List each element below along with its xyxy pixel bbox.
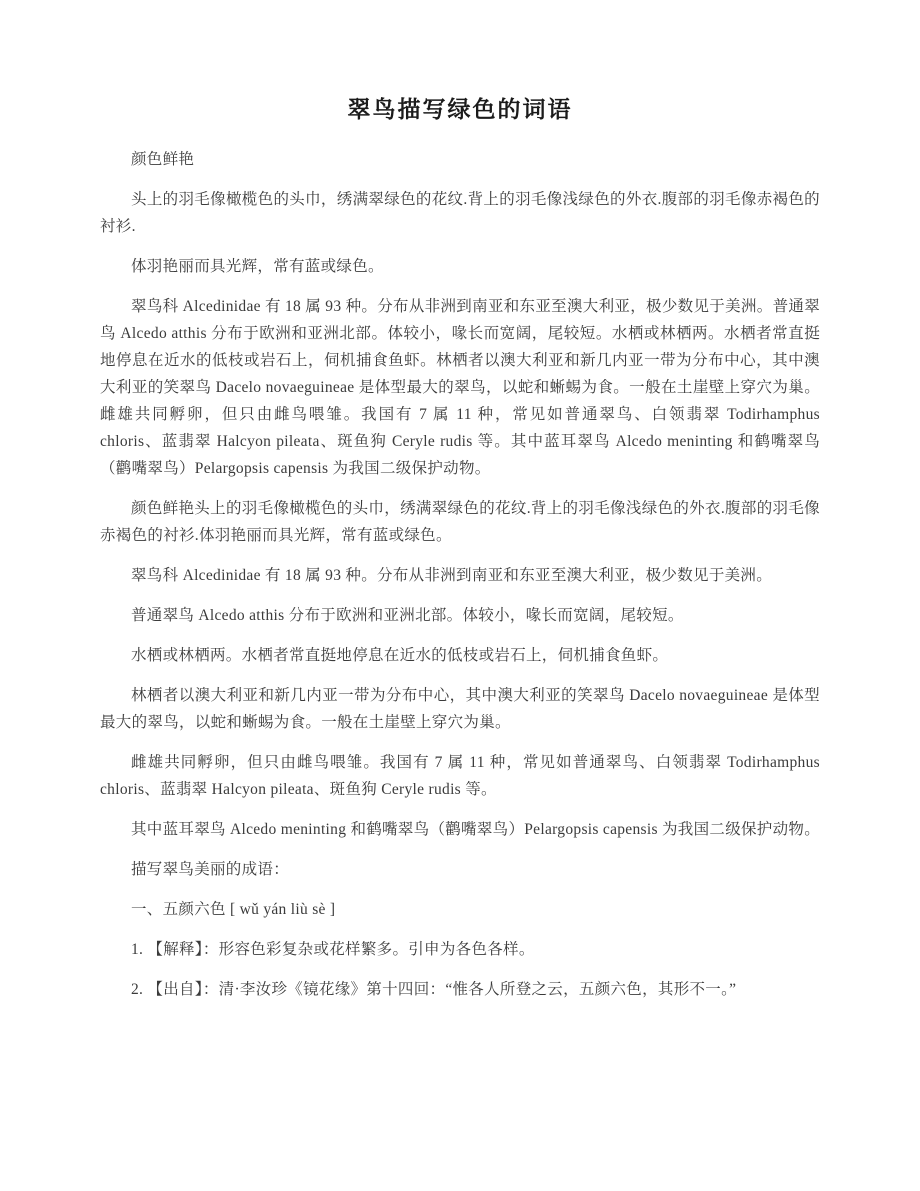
paragraph-breeding-species: 雌雄共同孵卵，但只由雌鸟喂雏。我国有 7 属 11 种，常见如普通翠鸟、白领翡翠… xyxy=(100,749,820,803)
paragraph-protected-species: 其中蓝耳翠鸟 Alcedo meninting 和鹤嘴翠鸟（鹳嘴翠鸟）Pelar… xyxy=(100,816,820,843)
paragraph-habitat: 水栖或林栖两。水栖者常直挺地停息在近水的低枝或岩石上，伺机捕食鱼虾。 xyxy=(100,642,820,669)
paragraph-distribution: 翠鸟科 Alcedinidae 有 18 属 93 种。分布从非洲到南亚和东亚至… xyxy=(100,562,820,589)
paragraph-feather-description: 头上的羽毛像橄榄色的头巾，绣满翠绿色的花纹.背上的羽毛像浅绿色的外衣.腹部的羽毛… xyxy=(100,186,820,240)
paragraph-forest-dwellers: 林栖者以澳大利亚和新几内亚一带为分布中心，其中澳大利亚的笑翠鸟 Dacelo n… xyxy=(100,682,820,736)
paragraph-idiom-entry: 一、五颜六色 [ wǔ yán liù sè ] xyxy=(100,896,820,923)
paragraph-idiom-section-heading: 描写翠鸟美丽的成语： xyxy=(100,856,820,883)
document-page: 翠鸟描写绿色的词语 颜色鲜艳 头上的羽毛像橄榄色的头巾，绣满翠绿色的花纹.背上的… xyxy=(0,0,920,1191)
paragraph-idiom-source: 2. 【出自】：清·李汝珍《镜花缘》第十四回：“惟各人所登之云，五颜六色，其形不… xyxy=(100,976,820,1003)
page-title: 翠鸟描写绿色的词语 xyxy=(100,94,820,124)
paragraph-plumage-sheen: 体羽艳丽而具光辉，常有蓝或绿色。 xyxy=(100,253,820,280)
paragraph-alcedinidae-overview: 翠鸟科 Alcedinidae 有 18 属 93 种。分布从非洲到南亚和东亚至… xyxy=(100,293,820,482)
document-body: 颜色鲜艳 头上的羽毛像橄榄色的头巾，绣满翠绿色的花纹.背上的羽毛像浅绿色的外衣.… xyxy=(100,146,820,1003)
paragraph-idiom-definition: 1. 【解释】：形容色彩复杂或花样繁多。引申为各色各样。 xyxy=(100,936,820,963)
paragraph-color-heading: 颜色鲜艳 xyxy=(100,146,820,173)
paragraph-color-description-repeat: 颜色鲜艳头上的羽毛像橄榄色的头巾，绣满翠绿色的花纹.背上的羽毛像浅绿色的外衣.腹… xyxy=(100,495,820,549)
paragraph-common-kingfisher: 普通翠鸟 Alcedo atthis 分布于欧洲和亚洲北部。体较小，喙长而宽阔，… xyxy=(100,602,820,629)
